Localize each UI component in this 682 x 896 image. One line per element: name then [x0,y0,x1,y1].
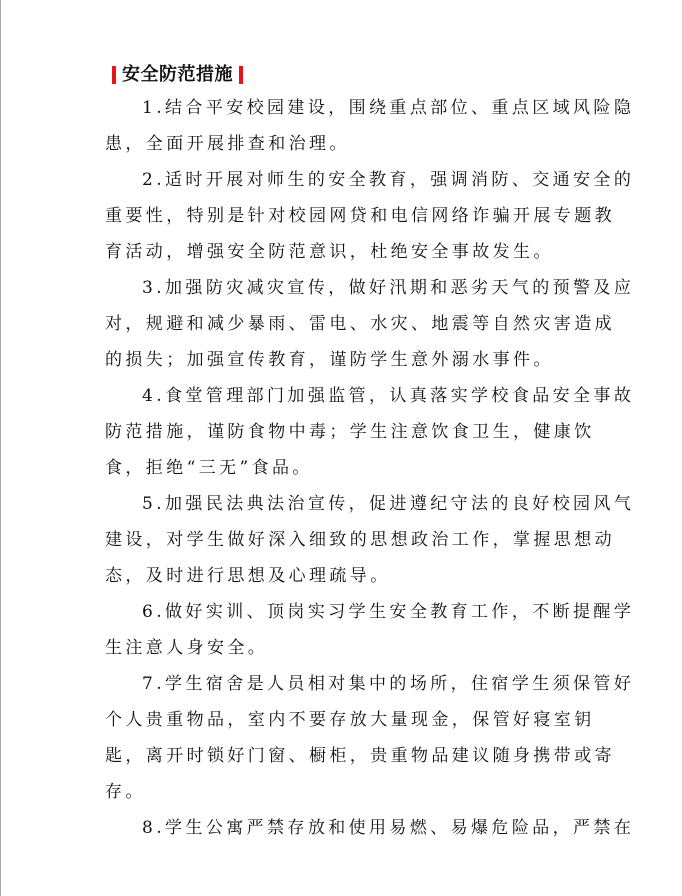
paragraph-line: 态，及时进行思想及心理疏导。 [105,558,580,594]
paragraph-line: 的损失；加强宣传教育，谨防学生意外溺水事件。 [105,342,580,378]
paragraph-line: 6.做好实训、顶岗实习学生安全教育工作，不断提醒学 [105,594,580,630]
section-title: 安全防范措施 [122,60,233,90]
paragraph-2: 2.适时开展对师生的安全教育，强调消防、交通安全的 重要性，特别是针对校园网贷和… [105,162,580,270]
paragraph-line: 4.食堂管理部门加强监管，认真落实学校食品安全事故 [105,378,580,414]
paragraph-line: 7.学生宿舍是人员相对集中的场所，住宿学生须保管好 [105,666,580,702]
heading-accent-bar-left [112,66,116,84]
paragraph-6: 6.做好实训、顶岗实习学生安全教育工作，不断提醒学 生注意人身安全。 [105,594,580,666]
paragraph-7: 7.学生宿舍是人员相对集中的场所，住宿学生须保管好 个人贵重物品，室内不要存放大… [105,666,580,810]
paragraph-line: 食，拒绝“三无”食品。 [105,450,580,486]
paragraph-line: 存。 [105,774,580,810]
paragraph-line: 3.加强防灾减灾宣传，做好汛期和恶劣天气的预警及应 [105,270,580,306]
paragraph-line: 5.加强民法典法治宣传，促进遵纪守法的良好校园风气 [105,486,580,522]
heading-accent-bar-right [239,66,243,84]
paragraph-line: 个人贵重物品，室内不要存放大量现金，保管好寝室钥 [105,702,580,738]
paragraph-line: 患，全面开展排查和治理。 [105,126,580,162]
page-left-border [0,0,1,896]
paragraph-line: 育活动，增强安全防范意识，杜绝安全事故发生。 [105,234,580,270]
section-heading: 安全防范措施 [112,60,580,90]
paragraph-5: 5.加强民法典法治宣传，促进遵纪守法的良好校园风气 建设，对学生做好深入细致的思… [105,486,580,594]
paragraph-line: 匙，离开时锁好门窗、橱柜，贵重物品建议随身携带或寄 [105,738,580,774]
paragraph-3: 3.加强防灾减灾宣传，做好汛期和恶劣天气的预警及应 对，规避和减少暴雨、雷电、水… [105,270,580,378]
paragraph-line: 对，规避和减少暴雨、雷电、水灾、地震等自然灾害造成 [105,306,580,342]
paragraph-1: 1.结合平安校园建设，围绕重点部位、重点区域风险隐 患，全面开展排查和治理。 [105,90,580,162]
paragraph-line: 8.学生公寓严禁存放和使用易燃、易爆危险品，严禁在 [105,810,580,846]
document-page: 安全防范措施 1.结合平安校园建设，围绕重点部位、重点区域风险隐 患，全面开展排… [105,60,580,846]
paragraph-line: 重要性，特别是针对校园网贷和电信网络诈骗开展专题教 [105,198,580,234]
paragraph-line: 建设，对学生做好深入细致的思想政治工作，掌握思想动 [105,522,580,558]
paragraph-line: 防范措施，谨防食物中毒；学生注意饮食卫生，健康饮 [105,414,580,450]
paragraph-line: 1.结合平安校园建设，围绕重点部位、重点区域风险隐 [105,90,580,126]
paragraph-8: 8.学生公寓严禁存放和使用易燃、易爆危险品，严禁在 [105,810,580,846]
paragraph-line: 生注意人身安全。 [105,630,580,666]
paragraph-line: 2.适时开展对师生的安全教育，强调消防、交通安全的 [105,162,580,198]
paragraph-4: 4.食堂管理部门加强监管，认真落实学校食品安全事故 防范措施，谨防食物中毒；学生… [105,378,580,486]
